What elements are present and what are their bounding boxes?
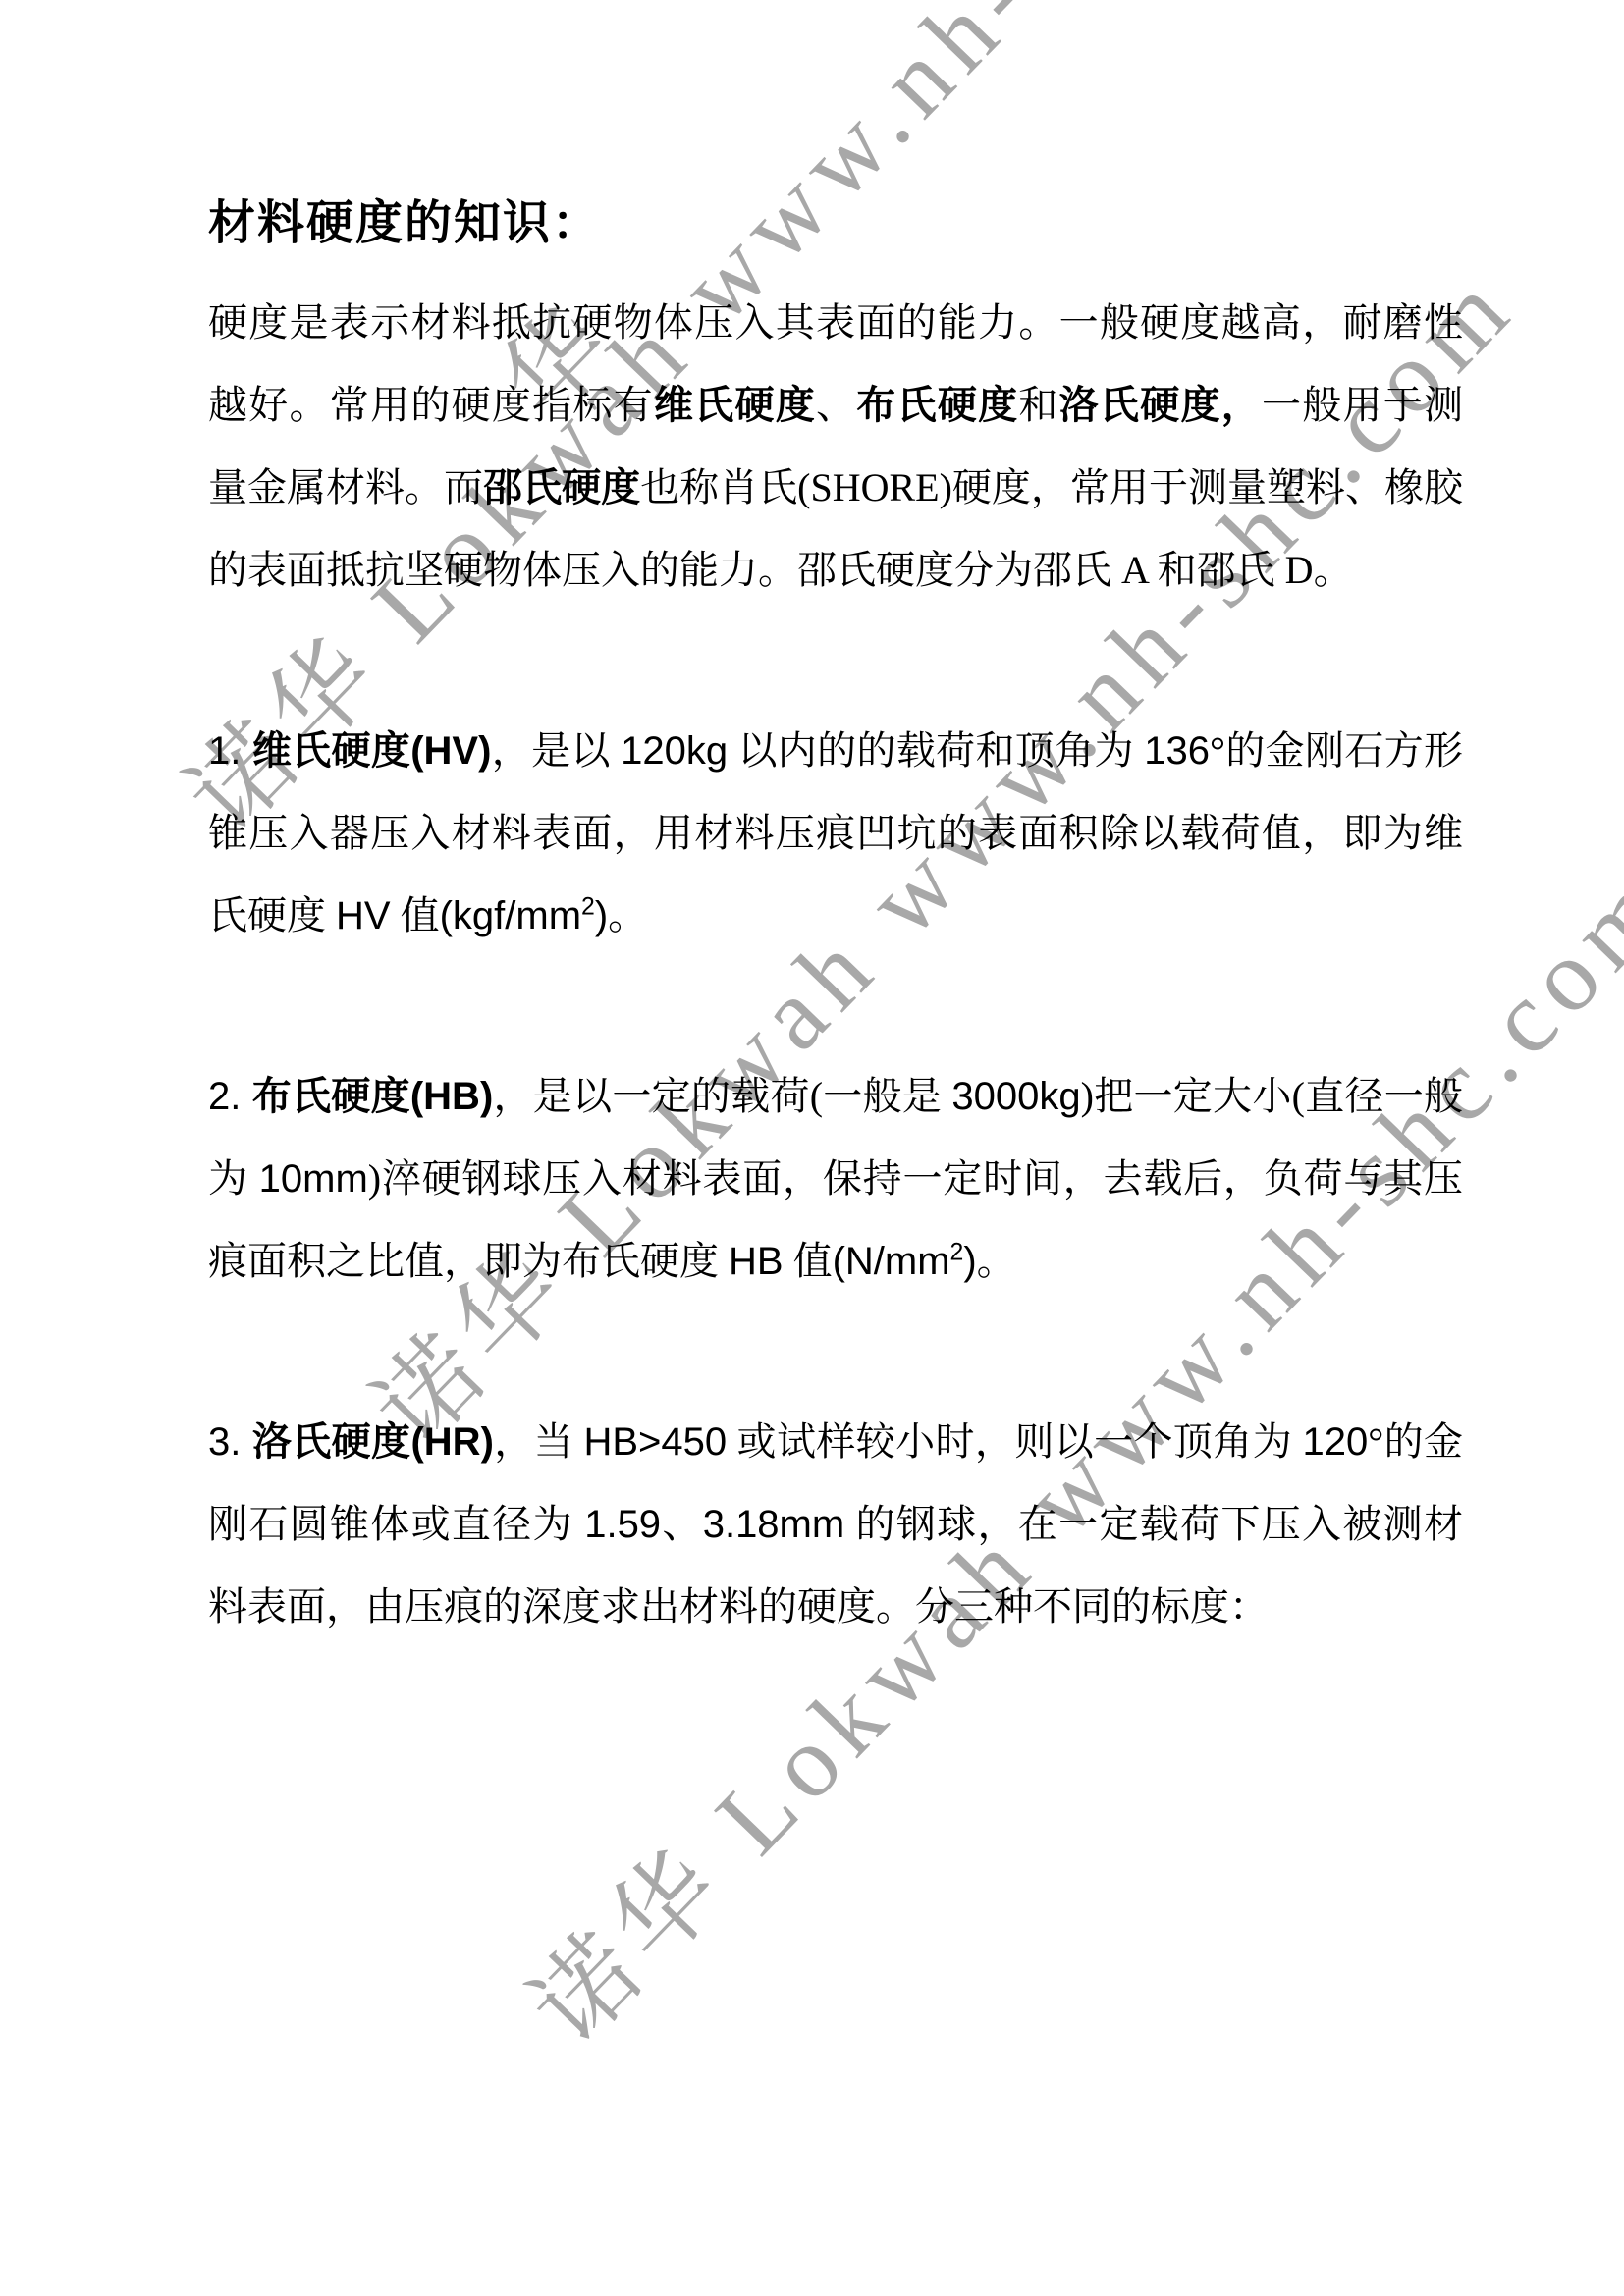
intro-paragraph: 硬度是表示材料抵抗硬物体压入其表面的能力。一般硬度越高，耐磨性越好。常用的硬度指… [208, 282, 1463, 612]
list-item-brinell-hardness: 2. 布氏硬度(HB)，是以一定的载荷(一般是 3000kg)把一定大小(直径一… [208, 1055, 1463, 1303]
document-content: 材料硬度的知识： 硬度是表示材料抵抗硬物体压入其表面的能力。一般硬度越高，耐磨性… [208, 196, 1463, 1648]
list-item-rockwell-hardness: 3. 洛氏硬度(HR)，当 HB>450 或试样较小时，则以一个顶角为 120°… [208, 1401, 1463, 1648]
page-title: 材料硬度的知识： [208, 196, 1463, 251]
list-item-vickers-hardness: 1. 维氏硬度(HV)，是以 120kg 以内的的载荷和顶角为 136°的金刚石… [208, 710, 1463, 957]
document-page: 华 诺华 Lokwah www.nh-shc.com 诺华 Lokwah www… [0, 0, 1624, 2296]
